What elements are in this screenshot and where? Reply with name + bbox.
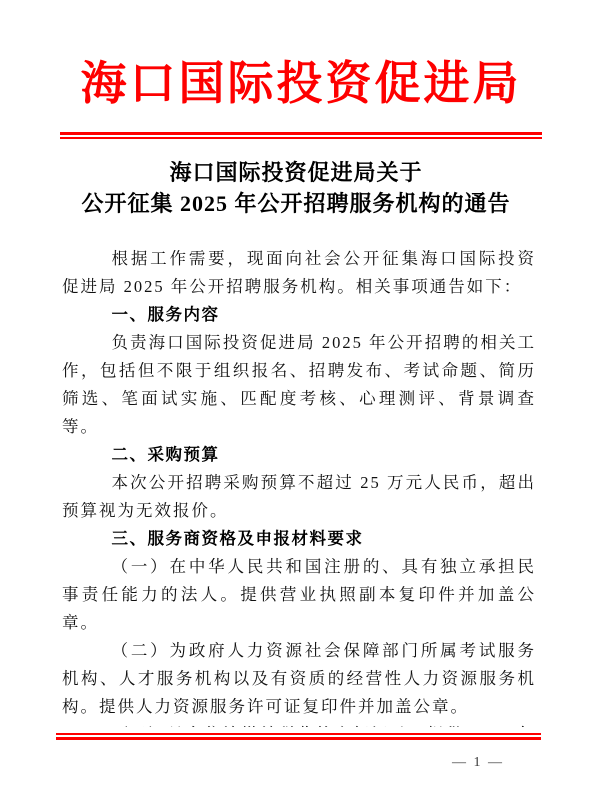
document-title-line-2: 公开征集 2025 年公开招聘服务机构的通告 [0, 188, 592, 219]
page-number: — 1 — [452, 755, 504, 771]
section-heading-3-qualifications: 三、服务商资格及申报材料要求 [62, 525, 536, 553]
footer-rule [56, 733, 541, 740]
body-paragraph-qualification-3: （三）具有依法缴纳税收的良好记录。提供 2024 年至今任意 3 个月依法缴纳税… [62, 721, 536, 727]
masthead-title: 海口国际投资促进局 [60, 56, 542, 112]
body-paragraph-qualification-1: （一）在中华人民共和国注册的、具有独立承担民事责任能力的法人。提供营业执照副本复… [62, 553, 536, 637]
document-title-line-1: 海口国际投资促进局关于 [0, 157, 592, 188]
section-heading-1-service-content: 一、服务内容 [62, 301, 536, 329]
body-paragraph-service-scope: 负责海口国际投资促进局 2025 年公开招聘的相关工作，包括但不限于组织报名、招… [62, 329, 536, 441]
document-page: 海口国际投资促进局 海口国际投资促进局关于 公开征集 2025 年公开招聘服务机… [0, 0, 592, 811]
body-paragraph-budget: 本次公开招聘采购预算不超过 25 万元人民币，超出预算视为无效报价。 [62, 469, 536, 525]
document-body: 根据工作需要，现面向社会公开征集海口国际投资促进局 2025 年公开招聘服务机构… [62, 245, 536, 727]
body-paragraph-intro: 根据工作需要，现面向社会公开征集海口国际投资促进局 2025 年公开招聘服务机构… [62, 245, 536, 301]
section-heading-2-procurement-budget: 二、采购预算 [62, 441, 536, 469]
document-title: 海口国际投资促进局关于 公开征集 2025 年公开招聘服务机构的通告 [0, 157, 592, 219]
body-paragraph-qualification-2: （二）为政府人力资源社会保障部门所属考试服务机构、人才服务机构以及有资质的经营性… [62, 637, 536, 721]
header-rule [60, 132, 542, 139]
